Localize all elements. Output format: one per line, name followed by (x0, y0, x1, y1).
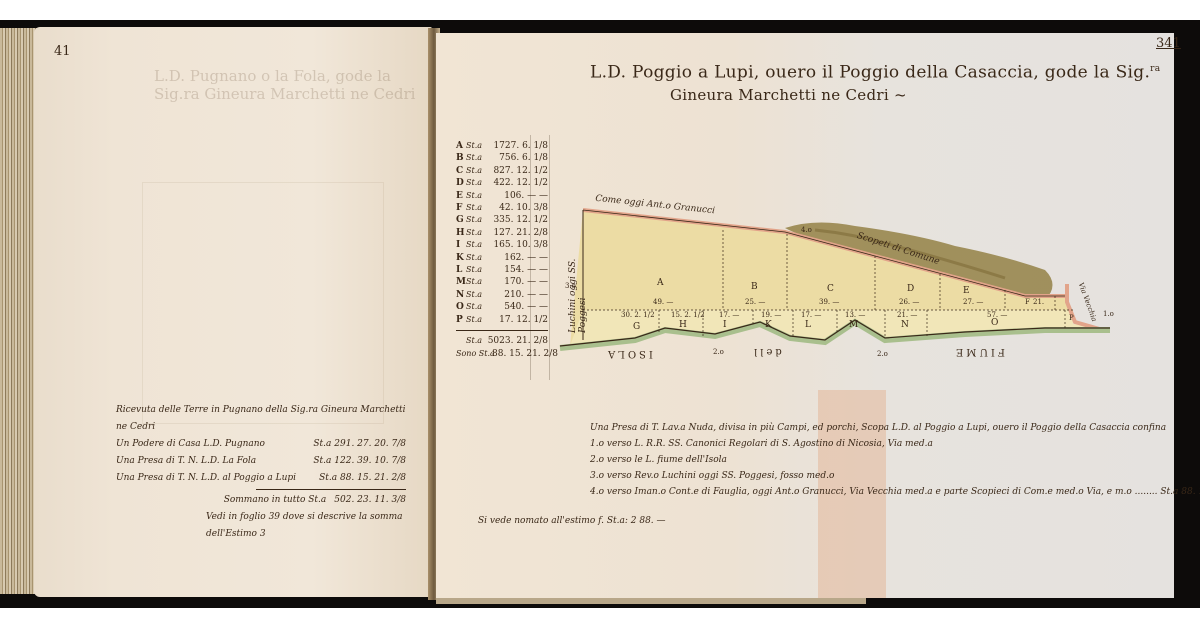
description-line: Una Presa di T. Lav.a Nuda, divisa in pi… (590, 420, 1120, 436)
table-row: LSt.a154. — — (456, 264, 548, 276)
parcel-L: L (805, 320, 811, 330)
parcel-E: E (963, 286, 970, 296)
page-title: L.D. Poggio a Lupi, ouero il Poggio dell… (590, 58, 1160, 106)
parcel-O: O (991, 318, 998, 328)
table-row: NSt.a210. — — (456, 289, 548, 301)
description-line: 4.o verso Iman.o Cont.e di Fauglia, oggi… (590, 484, 1120, 500)
west-boundary-label: Luchini oggi SS. Poggesi (568, 223, 588, 333)
summary-heading: Ricevuta delle Terre in Pugnano della Si… (116, 402, 406, 436)
river-label-dell: dell (751, 346, 782, 357)
parcel-B: B (751, 282, 758, 292)
table-row: FSt.a42. 10. 3/8 (456, 202, 548, 214)
parcel-F: F (1025, 298, 1030, 306)
right-page-number: 341 (1156, 36, 1181, 51)
summary-item: Un Podere di Casa L.D. Pugnano St.a 291.… (116, 436, 406, 453)
parcel-K: K (765, 320, 772, 330)
table-row: OSt.a540. — — (456, 301, 548, 313)
footnote: Si vede nomato all'estimo f. St.a: 2 88.… (478, 516, 666, 526)
summary-note: Vedi in foglio 39 dove si descrive la so… (116, 509, 406, 526)
summary-total: Sommano in tutto St.a 502. 23. 11. 3/8 (116, 492, 406, 509)
parcel-description: Una Presa di T. Lav.a Nuda, divisa in pi… (590, 420, 1120, 500)
summary-note-2: dell'Estimo 3 (116, 526, 406, 543)
left-summary: Ricevuta delle Terre in Pugnano della Si… (116, 402, 406, 543)
parcel-G: G (633, 322, 640, 332)
table-total-rule (456, 330, 548, 331)
table-row: HSt.a127. 21. 2/8 (456, 227, 548, 239)
table-row: BSt.a756. 6. 1/8 (456, 152, 548, 164)
table-total-2: Sono St.a88. 15. 21. 2/8 (456, 348, 548, 360)
description-line: 2.o verso le L. fiume dell'Isola (590, 452, 1120, 468)
cadastral-map: Come oggi Ant.o Granucci Luchini oggi SS… (555, 190, 1115, 370)
right-page-bottom-edge (436, 598, 866, 604)
parcel-H: H (679, 320, 687, 330)
summary-item: Una Presa di T. N. L.D. La Fola St.a 122… (116, 453, 406, 470)
parcel-D: D (907, 284, 914, 294)
table-row: ASt.a1727. 6. 1/8 (456, 140, 548, 152)
river-label-isola: ISOLA (605, 348, 653, 359)
ghost-map-bleedthrough (142, 182, 384, 424)
table-total: St.a5023. 21. 2/8 (456, 335, 548, 347)
left-page-number: 41 (54, 44, 71, 59)
summary-item: Una Presa di T. N. L.D. al Poggio a Lupi… (116, 470, 406, 487)
river-label-fiume: FIUME (953, 346, 1005, 357)
parcel-N: N (901, 320, 909, 330)
east-number: 1.o (1103, 310, 1114, 318)
table-row: ESt.a106. — — (456, 190, 548, 202)
parcel-M: M (849, 320, 858, 330)
table-row: PSt.a17. 12. 1/2 (456, 314, 548, 326)
table-row: CSt.a827. 12. 1/2 (456, 165, 548, 177)
parcel-A: A (657, 278, 664, 288)
summary-rule (256, 489, 406, 490)
parcel-table: ASt.a1727. 6. 1/8 BSt.a756. 6. 1/8 CSt.a… (456, 140, 548, 360)
table-row: DSt.a422. 12. 1/2 (456, 177, 548, 189)
page-edges (0, 28, 38, 594)
parcel-C: C (827, 284, 834, 294)
table-row: ISt.a165. 10. 3/8 (456, 239, 548, 251)
table-row: GSt.a335. 12. 1/2 (456, 214, 548, 226)
table-row: MSt.a170. — — (456, 276, 548, 288)
description-line: 1.o verso L. R.R. SS. Canonici Regolari … (590, 436, 1120, 452)
west-number: 3.o (565, 282, 576, 290)
ghost-title-bleedthrough: L.D. Pugnano o la Fola, gode la Sig.ra G… (154, 67, 432, 103)
parcel-I: I (723, 320, 727, 330)
parcel-P: P (1069, 314, 1074, 322)
map-drawing (555, 190, 1115, 370)
table-row: KSt.a162. — — (456, 252, 548, 264)
northeast-number: 4.o (801, 226, 812, 234)
description-line: 3.o verso Rev.o Luchini oggi SS. Poggesi… (590, 468, 1120, 484)
